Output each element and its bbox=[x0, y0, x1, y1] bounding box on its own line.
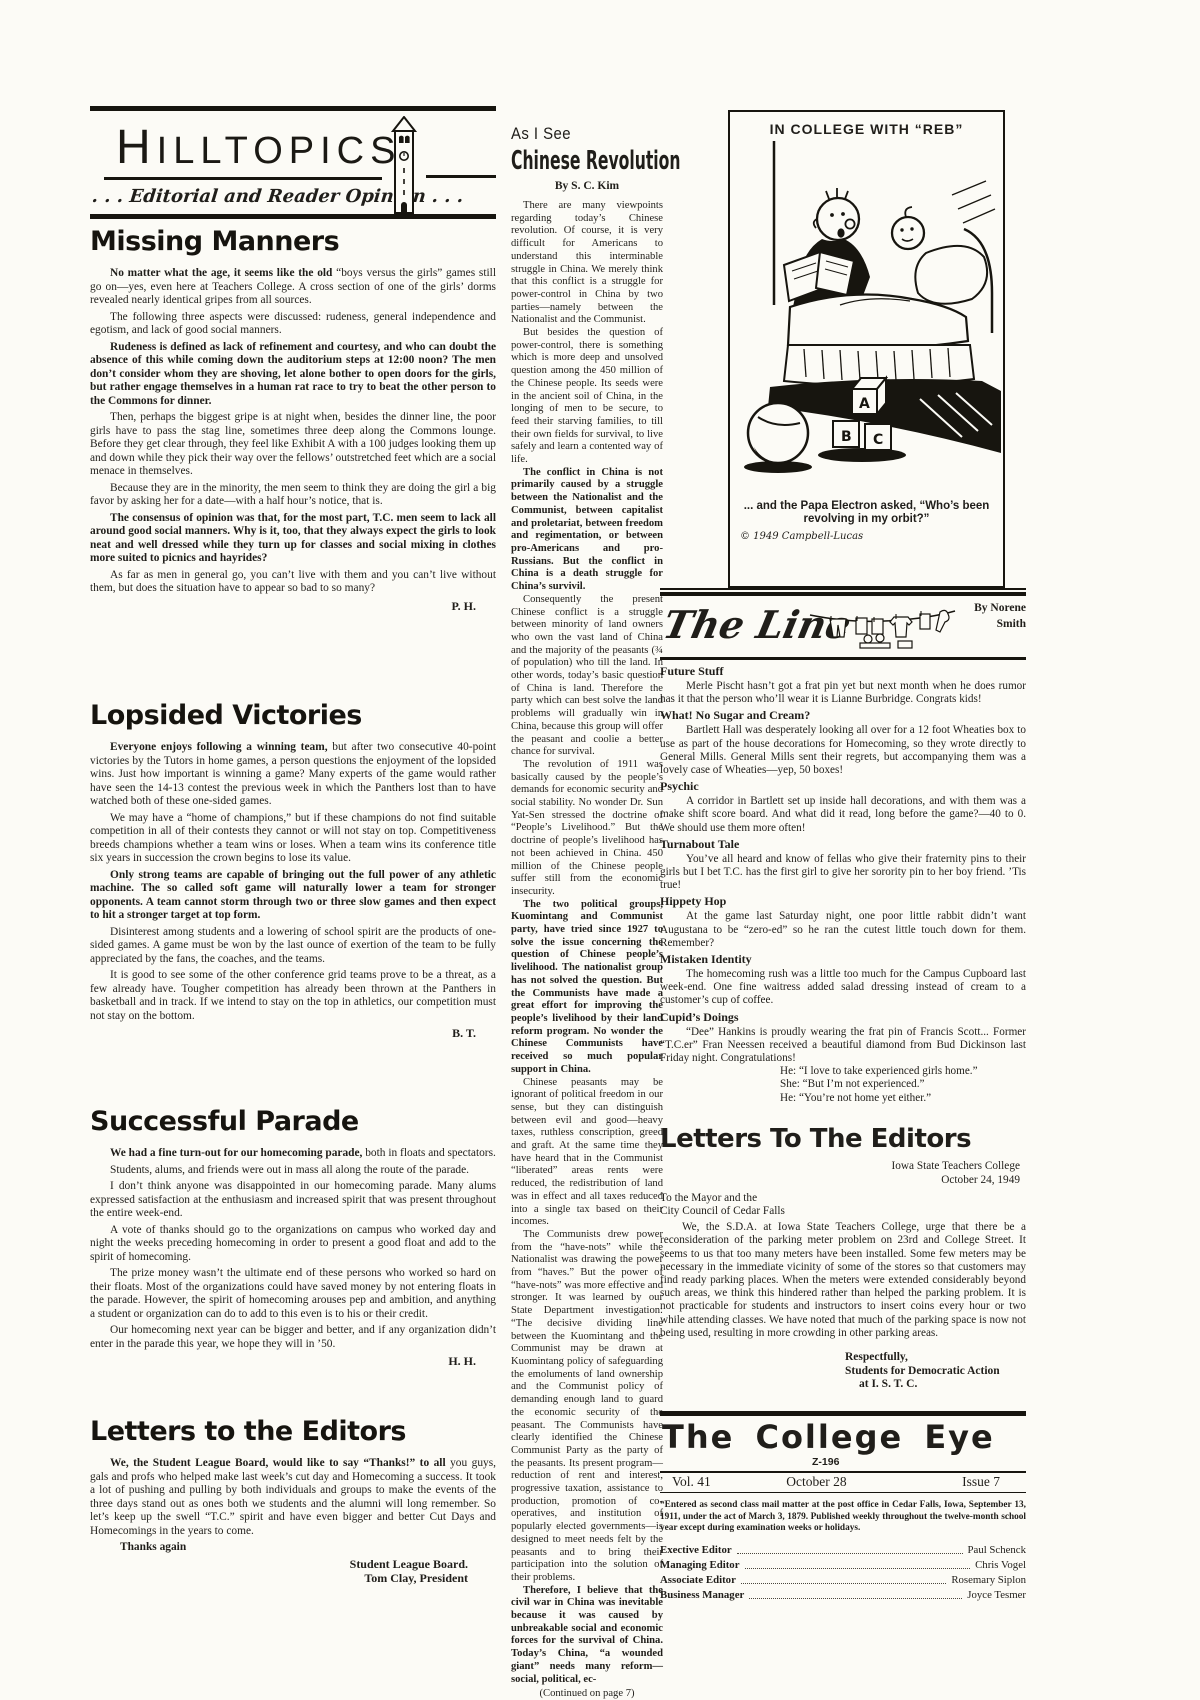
gossip-text: A corridor in Bartlett set up inside hal… bbox=[660, 795, 1026, 835]
letter-signature: Student League Board. Tom Clay, Presiden… bbox=[90, 1557, 496, 1585]
hilltopics-masthead: HILLTOPICS . . . Editorial and Reader Op… bbox=[90, 104, 496, 228]
masthead-rule-bottom bbox=[90, 214, 496, 219]
gossip-heading: Hippety Hop bbox=[660, 894, 1026, 909]
the-line-banner: The Line bbox=[660, 588, 1026, 660]
gossip-heading: Psychic bbox=[660, 779, 1026, 794]
gossip-heading: Mistaken Identity bbox=[660, 952, 1026, 967]
dotted-leader bbox=[749, 1597, 962, 1599]
paragraph: No matter what the age, it seems like th… bbox=[90, 267, 496, 308]
paragraph: As far as men in general go, you can’t l… bbox=[90, 569, 496, 596]
paragraph: It is good to see some of the other conf… bbox=[90, 969, 496, 1023]
paragraph: The revolution of 1911 was basically cau… bbox=[511, 759, 663, 899]
clothesline-doodle-icon bbox=[808, 597, 958, 654]
gossip-text: You’ve all heard and know of fellas who … bbox=[660, 853, 1026, 893]
banner-rule-thin bbox=[660, 588, 1026, 590]
dotted-leader bbox=[745, 1567, 971, 1569]
gossip-heading: What! No Sugar and Cream? bbox=[660, 708, 1026, 723]
gossip-text: “Dee” Hankins is proudly wearing the fra… bbox=[660, 1026, 1026, 1066]
gossip-text: The homecoming rush was a little too muc… bbox=[660, 968, 1026, 1008]
continued-notice: (Continued on page 7) bbox=[511, 1688, 663, 1699]
column-byline: By S. C. Kim bbox=[511, 180, 663, 192]
paragraph: Our homecoming next year can be bigger a… bbox=[90, 1324, 496, 1351]
paragraph: Only strong teams are capable of bringin… bbox=[90, 869, 496, 923]
staff-role: Exective Editor bbox=[660, 1544, 732, 1556]
as-i-see-column: As I See Chinese Revolution By S. C. Kim… bbox=[511, 124, 663, 1699]
paragraph: The two political groups, Kuomintang and… bbox=[511, 899, 663, 1077]
staff-name: Chris Vogel bbox=[975, 1559, 1026, 1571]
letter-dateline: Iowa State Teachers College October 24, … bbox=[660, 1160, 1026, 1188]
the-line-byline: By Norene Smith bbox=[974, 600, 1026, 632]
staff-row: Managing Editor Chris Vogel bbox=[660, 1559, 1026, 1571]
editorial-heading: Successful Parade bbox=[90, 1106, 496, 1137]
paragraph: We had a fine turn-out for our homecomin… bbox=[90, 1147, 496, 1161]
gossip-text: Merle Pischt hasn’t got a frat pin yet b… bbox=[660, 680, 1026, 706]
gossip-column: Future Stuff Merle Pischt hasn’t got a f… bbox=[660, 662, 1026, 1105]
editorial-lopsided-victories: Lopsided Victories Everyone enjoys follo… bbox=[90, 700, 496, 1041]
paragraph: Because they are in the minority, the me… bbox=[90, 482, 496, 509]
editorial-heading: Letters to the Editors bbox=[90, 1416, 496, 1447]
paragraph: Chinese peasants may be ignorant of poli… bbox=[511, 1077, 663, 1229]
block-letter: A bbox=[859, 396, 870, 412]
column-kicker: As I See bbox=[511, 124, 645, 144]
paragraph: A vote of thanks should go to the organi… bbox=[90, 1224, 496, 1265]
staff-row: Exective Editor Paul Schenck bbox=[660, 1544, 1026, 1556]
masthead-rule-mid bbox=[104, 177, 382, 180]
paragraph: Therefore, I believe that the civil war … bbox=[511, 1585, 663, 1687]
staff-name: Rosemary Siplon bbox=[951, 1574, 1026, 1586]
campanile-tower-icon bbox=[390, 116, 418, 221]
issue-label: Issue 7 bbox=[962, 1474, 1000, 1490]
letters-to-editors-left: Letters to the Editors We, the Student L… bbox=[90, 1416, 496, 1585]
staff-row: Business Manager Joyce Tesmer bbox=[660, 1589, 1026, 1601]
cartoon-box: IN COLLEGE WITH “REB” bbox=[728, 110, 1005, 588]
paragraph: Consequently the present Chinese conflic… bbox=[511, 594, 663, 759]
masthead-rule-mid-right bbox=[426, 175, 496, 178]
banner-rule-bottom bbox=[660, 657, 1026, 661]
letter-closing: Respectfully, Students for Democratic Ac… bbox=[845, 1351, 1026, 1392]
issue-code: Z-196 bbox=[812, 1456, 1026, 1468]
paragraph: Students, alums, and friends were out in… bbox=[90, 1164, 496, 1178]
banner-rule-thick bbox=[660, 592, 1026, 596]
gossip-dialogue: He: “I love to take experienced girls ho… bbox=[780, 1065, 1026, 1105]
staff-role: Associate Editor bbox=[660, 1574, 736, 1586]
editorial-byline: H. H. bbox=[90, 1354, 496, 1369]
gossip-text: Bartlett Hall was desperately looking al… bbox=[660, 724, 1026, 777]
gossip-heading: Future Stuff bbox=[660, 664, 1026, 679]
editorial-heading: Missing Manners bbox=[90, 226, 496, 257]
editorial-byline: B. T. bbox=[90, 1026, 496, 1041]
letters-heading: Letters To The Editors bbox=[660, 1124, 1026, 1154]
editorial-heading: Lopsided Victories bbox=[90, 700, 496, 731]
volume-date-issue-row: Vol. 41 October 28 Issue 7 bbox=[660, 1471, 1026, 1493]
column-heading: Chinese Revolution bbox=[511, 146, 602, 176]
paragraph: Everyone enjoys following a winning team… bbox=[90, 741, 496, 809]
letter-addressee: To the Mayor and the City Council of Ced… bbox=[660, 1192, 1026, 1220]
gossip-heading: Cupid’s Doings bbox=[660, 1010, 1026, 1025]
letter-body: We, the S.D.A. at Iowa State Teachers Co… bbox=[660, 1221, 1026, 1340]
cartoon-drawing: A B C bbox=[730, 137, 1003, 500]
editorial-missing-manners: Missing Manners No matter what the age, … bbox=[90, 226, 496, 614]
staff-role: Business Manager bbox=[660, 1589, 744, 1601]
paragraph: The Communists drew power from the “have… bbox=[511, 1229, 663, 1585]
date-label: October 28 bbox=[786, 1474, 846, 1490]
dotted-leader bbox=[737, 1552, 963, 1554]
cartoon-title: IN COLLEGE WITH “REB” bbox=[730, 121, 1003, 137]
paragraph: The following three aspects were discuss… bbox=[90, 311, 496, 338]
entry-notice: “Entered as second class mail matter at … bbox=[660, 1500, 1026, 1535]
gossip-text: At the game last Saturday night, one poo… bbox=[660, 910, 1026, 950]
staff-name: Joyce Tesmer bbox=[967, 1589, 1026, 1601]
paragraph: The conflict in China is not primarily c… bbox=[511, 467, 663, 594]
letters-to-editors-right: Letters To The Editors Iowa State Teache… bbox=[660, 1124, 1026, 1392]
letter-thanks: Thanks again bbox=[90, 1541, 496, 1553]
college-eye-title: The College Eye bbox=[662, 1418, 1026, 1456]
paragraph: There are many viewpoints regarding toda… bbox=[511, 200, 663, 327]
paragraph: The prize money wasn’t the ultimate end … bbox=[90, 1267, 496, 1321]
editorial-successful-parade: Successful Parade We had a fine turn-out… bbox=[90, 1106, 496, 1369]
paragraph: I don’t think anyone was disappointed in… bbox=[90, 1180, 496, 1221]
block-letter: C bbox=[873, 432, 883, 448]
staff-name: Paul Schenck bbox=[968, 1544, 1026, 1556]
paragraph: Disinterest among students and a lowerin… bbox=[90, 926, 496, 967]
cartoon-credit: © 1949 Campbell-Lucas bbox=[740, 531, 1003, 542]
newspaper-page: HILLTOPICS . . . Editorial and Reader Op… bbox=[0, 0, 1200, 1700]
paragraph: Rudeness is defined as lack of refinemen… bbox=[90, 341, 496, 409]
cartoon-caption: ... and the Papa Electron asked, “Who’s … bbox=[730, 500, 1003, 526]
paragraph: Then, perhaps the biggest gripe is at ni… bbox=[90, 411, 496, 479]
dotted-leader bbox=[741, 1582, 946, 1584]
staff-role: Managing Editor bbox=[660, 1559, 740, 1571]
masthead-title: HILLTOPICS bbox=[116, 120, 401, 175]
staff-list: Exective Editor Paul Schenck Managing Ed… bbox=[660, 1544, 1026, 1601]
paragraph: We may have a “home of champions,” but i… bbox=[90, 812, 496, 866]
volume-label: Vol. 41 bbox=[672, 1474, 711, 1490]
masthead-rule bbox=[660, 1411, 1026, 1416]
block-letter: B bbox=[841, 429, 852, 445]
editorial-byline: P. H. bbox=[90, 599, 496, 614]
staff-row: Associate Editor Rosemary Siplon bbox=[660, 1574, 1026, 1586]
paragraph: The consensus of opinion was that, for t… bbox=[90, 512, 496, 566]
paragraph: But besides the question of power-contro… bbox=[511, 327, 663, 467]
college-eye-masthead: The College Eye Z-196 Vol. 41 October 28… bbox=[660, 1411, 1026, 1604]
masthead-rule-top bbox=[90, 106, 496, 111]
paragraph: We, the Student League Board, would like… bbox=[90, 1457, 496, 1538]
gossip-heading: Turnabout Tale bbox=[660, 837, 1026, 852]
